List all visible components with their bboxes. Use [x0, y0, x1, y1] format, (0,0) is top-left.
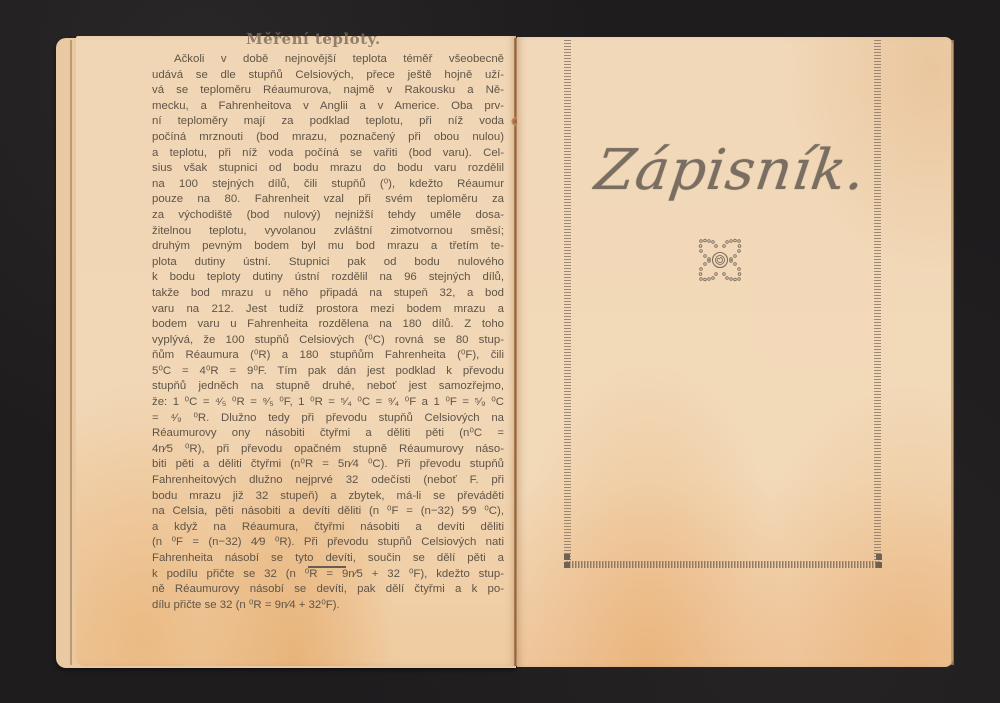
text-line: mecku, a Fahrenheitova v Anglii a v Amer… [152, 99, 504, 115]
text-line: a teplotu, při níž voda počíná se vařiti… [152, 146, 504, 162]
body-text: Ačkoli v době nejnovější teplota téměř v… [152, 52, 504, 613]
text-line: varu na 212. Jest tudíž prostora mezi bo… [152, 302, 504, 318]
text-line: vyplývá, že 100 stupňů Celsiových (⁰C) r… [152, 333, 504, 349]
text-line: a když na Réaumura, čtyřmi násobiti a de… [152, 520, 504, 536]
page-heading: Měření teploty. [246, 30, 381, 48]
decorative-border-bottom [566, 561, 881, 568]
text-line: za východiště (bod nulový) nejnižší tehd… [152, 208, 504, 224]
text-line: plota dutiny ústní. Stupnici pak od bodu… [152, 255, 504, 271]
text-line: ňům Réaumura (⁰R) a 180 stupňům Fahrenhe… [152, 348, 504, 364]
page-stack-edge-right [951, 40, 954, 665]
page-stack-edge [70, 40, 72, 665]
decorative-border-left [564, 40, 571, 562]
text-line: počíná mrznouti (bod mrazu, poznačený př… [152, 130, 504, 146]
border-corner [564, 554, 570, 560]
text-line: ní teploměry mají za podklad teplotu, př… [152, 114, 504, 130]
border-corner [564, 562, 570, 568]
text-line: Réaumurovy ony násobiti čtyřmi a děliti … [152, 426, 504, 442]
text-line: bodem varu u Fahrenheita rozdělena na 18… [152, 317, 504, 333]
text-line: = ⁴⁄₉ ⁰R. Dlužno tedy při převodu stupňů… [152, 411, 504, 427]
border-corner [876, 562, 882, 568]
text-line: bodu mrazu již 32 stupeň) a zbytek, má-l… [152, 489, 504, 505]
text-line: žitelnou teplotu, vyvolanou zvláštní zim… [152, 224, 504, 240]
text-line: na 100 stejných dílů, čili stupňů (⁰), k… [152, 177, 504, 193]
text-line: ně Réaumurovy násobí se devíti, pak dělí… [152, 582, 504, 598]
notebook-title: Zápisník. [591, 138, 870, 203]
text-line: takže bod mrazu u něho připadá na stupeň… [152, 286, 504, 302]
right-page [517, 37, 953, 667]
text-line: že: 1 ⁰C = ⁴⁄₅ ⁰R = ⁹⁄₅ ⁰F, 1 ⁰R = ⁵⁄₄ ⁰… [152, 395, 504, 411]
text-line: stupňů jedněch na stupně druhé, neboť je… [152, 379, 504, 395]
text-line: 5⁰C = 4⁰R = 9⁰F. Tím pak dán jest podkla… [152, 364, 504, 380]
text-line: 4n⁄5 ⁰R), při převodu opačném stupně Réa… [152, 442, 504, 458]
text-line: udává se dle stupňů Celsiových, přece je… [152, 68, 504, 84]
end-rule-divider [308, 566, 346, 568]
text-line: dílu přičte se 32 (n ⁰R = 9n⁄4 + 32⁰F). [152, 598, 504, 614]
text-line: Ačkoli v době nejnovější teplota téměř v… [152, 52, 504, 68]
text-line: k podílu přičte se 32 (n ⁰R = 9n⁄5 + 32 … [152, 567, 504, 583]
text-line: druhým pevným bodem byl mu bod mrazu a t… [152, 239, 504, 255]
text-line: Fahrenheitových dlužno nejprvé 32 odečís… [152, 473, 504, 489]
text-line: na Celsia, pěti násobiti a devíti děliti… [152, 504, 504, 520]
text-line: pouze na 80. Fahrenheit vzal při svém te… [152, 192, 504, 208]
text-line: Fahrenheita násobí se tyto devíti, souči… [152, 551, 504, 567]
floral-ornament-icon [697, 237, 743, 283]
text-line: vá se teploměru Réaumurova, najmě v Rako… [152, 83, 504, 99]
decorative-border-right [874, 40, 881, 562]
text-line: sius však stupnici od bodu mrazu do bodu… [152, 161, 504, 177]
border-corner [876, 554, 882, 560]
text-line: k bodu teploty dutiny ústní rozdělil na … [152, 270, 504, 286]
text-line: (n ⁰F = (n−32) 4⁄9 ⁰R). Při převodu stup… [152, 535, 504, 551]
text-line: biti pěti a děliti čtyřmi (n⁰R = 5n⁄4 ⁰C… [152, 457, 504, 473]
